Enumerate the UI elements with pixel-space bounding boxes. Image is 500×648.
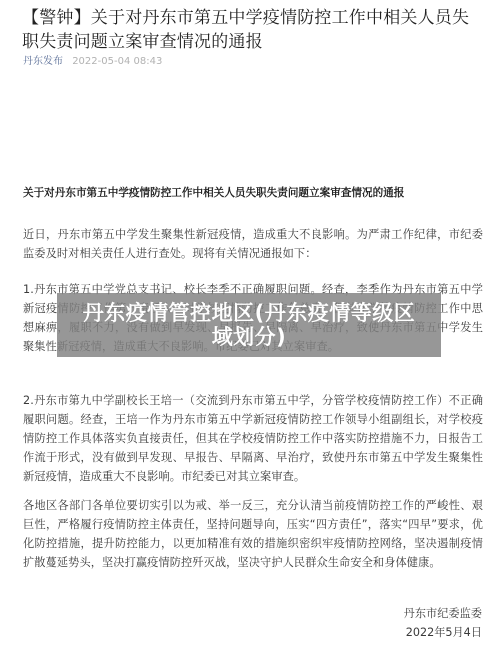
publish-date: 2022-05-04 08:43 [72, 56, 162, 67]
article-meta: 丹东发布 2022-05-04 08:43 [23, 55, 162, 69]
overlay-caption: 丹东疫情管控地区(丹东疫情等级区域划分) [74, 301, 424, 349]
article-title: 【警钟】关于对丹东市第五中学疫情防控工作中相关人员失职失责问题立案审查情况的通报 [22, 6, 484, 54]
paragraph-intro: 近日，丹东市第五中学发生聚集性新冠疫情，造成重大不良影响。为严肃工作纪律，市纪委… [23, 225, 483, 263]
source-link[interactable]: 丹东发布 [23, 56, 63, 67]
watermark-overlay: 丹东疫情管控地区(丹东疫情等级区域划分) [57, 293, 441, 357]
signature-date: 2022年5月4日 [282, 623, 482, 642]
signature-organization: 丹东市纪委监委 [282, 604, 482, 623]
paragraph-item-2: 2.丹东市第九中学副校长王培一（交流到丹东市第五中学，分管学校疫情防控工作）不正… [23, 391, 483, 486]
paragraph-conclusion: 各地区各部门各单位要切实引以为戒、举一反三，充分认清当前疫情防控工作的严峻性、艰… [23, 496, 483, 572]
document-heading: 关于对丹东市第五中学疫情防控工作中相关人员失职失责问题立案审查情况的通报 [23, 185, 483, 201]
